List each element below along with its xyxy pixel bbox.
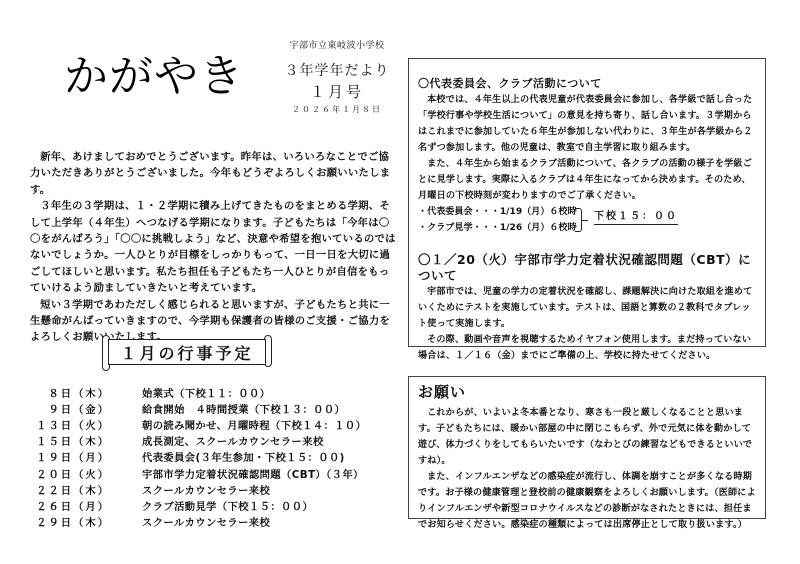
- schedule-event: 代表委員会(３年生参加・下校１５：００): [116, 449, 345, 464]
- spacer: [418, 236, 756, 252]
- request-box: お願い これからが、いよいよ冬本番となり、寒さも一段と厳しくなることと思います。…: [408, 376, 766, 519]
- notice-paragraph: 宇部市では、児童の学力の定着状況を確認し、課題解決に向けた取組を進めていくために…: [418, 284, 756, 332]
- schedule-row: ２６日（月） クラブ活動見学（下校１５：００）: [30, 497, 400, 513]
- schedule-event: 朝の読み聞かせ、月曜時程（下校１４：１０）: [116, 417, 366, 432]
- section-body-cbt: 宇部市では、児童の学力の定着状況を確認し、課題解決に向けた取組を進めていくために…: [418, 284, 756, 364]
- schedule-date: ９日（金）: [30, 401, 116, 416]
- greeting-paragraph: 新年、あけましておめでとうございます。昨年は、いろいろなことでご協力いただきあり…: [30, 149, 398, 198]
- request-paragraph: これからが、いよいよ冬本番となり、寒さも一段と厳しくなることと思います。子どもた…: [418, 405, 756, 469]
- schedule-date: ２９日（木）: [30, 514, 116, 529]
- section-heading-committee-club: 〇代表委員会、クラブ活動について: [418, 76, 756, 92]
- schedule-event: 始業式（下校１１：００）: [116, 385, 270, 400]
- notice-box: 〇代表委員会、クラブ活動について 本校では、４年生以上の代表児童が代表委員会に参…: [408, 58, 766, 347]
- bracket-tick-icon: [582, 220, 588, 221]
- schedule-row: ２２日（木） スクールカウンセラー来校: [30, 481, 400, 497]
- schedule-row: １３日（火） 朝の読み聞かせ、月曜時程（下校１４：１０）: [30, 416, 400, 432]
- notice-paragraph: その際、動画や音声を視聴するためイヤフォン使用します。まだ持っていない場合は、１…: [418, 332, 756, 364]
- schedule-date: ２０日（火）: [30, 466, 116, 481]
- bracket-icon: [575, 208, 582, 232]
- schedule-banner: １月の行事予定: [102, 335, 272, 371]
- issue-date: ２０２６年１月８日: [282, 104, 392, 115]
- schedule-event: スクールカウンセラー来校: [116, 482, 270, 497]
- schedule-date: １５日（木）: [30, 433, 116, 448]
- schedule-event: 宇部市学力定着状況確認問題（CBT）（３年）: [116, 466, 364, 481]
- request-heading: お願い: [418, 381, 756, 403]
- request-paragraph: また、インフルエンザなどの感染症が流行し、体調を崩すことが多くなる時期です。お子…: [418, 469, 756, 533]
- schedule-event: スクールカウンセラー来校: [116, 514, 270, 529]
- schedule-event: クラブ活動見学（下校１５：００）: [116, 498, 313, 513]
- schedule-banner-title: １月の行事予定: [108, 339, 266, 365]
- notice-paragraph: また、４年生から始まるクラブ活動について、各クラブの活動の様子を学級ごとに見学し…: [418, 156, 756, 204]
- notice-paragraph: 本校では、４年生以上の代表児童が代表委員会に参加し、各学級で話し合った「学校行事…: [418, 92, 756, 156]
- schedule-date: ２２日（木）: [30, 482, 116, 497]
- school-name: 宇部市立東岐波小学校: [282, 38, 392, 51]
- list-item-committee: ・代表委員会・・・1/19（月）６校時: [418, 204, 756, 220]
- schedule-row: ２０日（火） 宇部市学力定着状況確認問題（CBT）（３年）: [30, 465, 400, 481]
- section-heading-cbt: 〇１／20（火）宇部市学力定着状況確認問題（CBT）について: [418, 252, 756, 284]
- request-body: これからが、いよいよ冬本番となり、寒さも一段と厳しくなることと思います。子どもた…: [418, 405, 756, 533]
- list-item-club: ・クラブ見学・・・1/26（月）６校時: [418, 220, 756, 236]
- issue-title: ３年学年だより: [282, 60, 392, 80]
- section-body-committee-club: 本校では、４年生以上の代表児童が代表委員会に参加し、各学級で話し合った「学校行事…: [418, 92, 756, 204]
- schedule-event: 給食開始 ４時間授業（下校１３：００）: [116, 401, 345, 416]
- greeting-section: 新年、あけましておめでとうございます。昨年は、いろいろなことでご協力いただきあり…: [30, 149, 398, 346]
- greeting-paragraph: ３年生の３学期は、１・２学期に積み上げてきたものをまとめる学期、そして上学年（４…: [30, 198, 398, 296]
- schedule-event: 成長測定、スクールカウンセラー来校: [116, 433, 324, 448]
- schedule-row: ８日（木） 始業式（下校１１：００）: [30, 384, 400, 400]
- schedule-row: １９日（月） 代表委員会(３年生参加・下校１５：００): [30, 449, 400, 465]
- schedule-date: １９日（月）: [30, 449, 116, 464]
- schedule-row: ９日（金） 給食開始 ４時間授業（下校１３：００）: [30, 400, 400, 416]
- dismissal-schedule: ・代表委員会・・・1/19（月）６校時 ・クラブ見学・・・1/26（月）６校時 …: [418, 204, 756, 236]
- dismissal-time: 下校１５：００: [594, 211, 678, 225]
- newsletter-title: かがやき: [64, 40, 244, 104]
- issue-month: １月号: [282, 81, 392, 102]
- schedule-row: １５日（木） 成長測定、スクールカウンセラー来校: [30, 433, 400, 449]
- schedule-list: ８日（木） 始業式（下校１１：００） ９日（金） 給食開始 ４時間授業（下校１３…: [30, 384, 400, 530]
- schedule-row: ２９日（木） スクールカウンセラー来校: [30, 514, 400, 530]
- masthead: 宇部市立東岐波小学校 ３年学年だより １月号 ２０２６年１月８日: [282, 38, 392, 115]
- schedule-date: １３日（火）: [30, 417, 116, 432]
- schedule-date: ２６日（月）: [30, 498, 116, 513]
- schedule-date: ８日（木）: [30, 385, 116, 400]
